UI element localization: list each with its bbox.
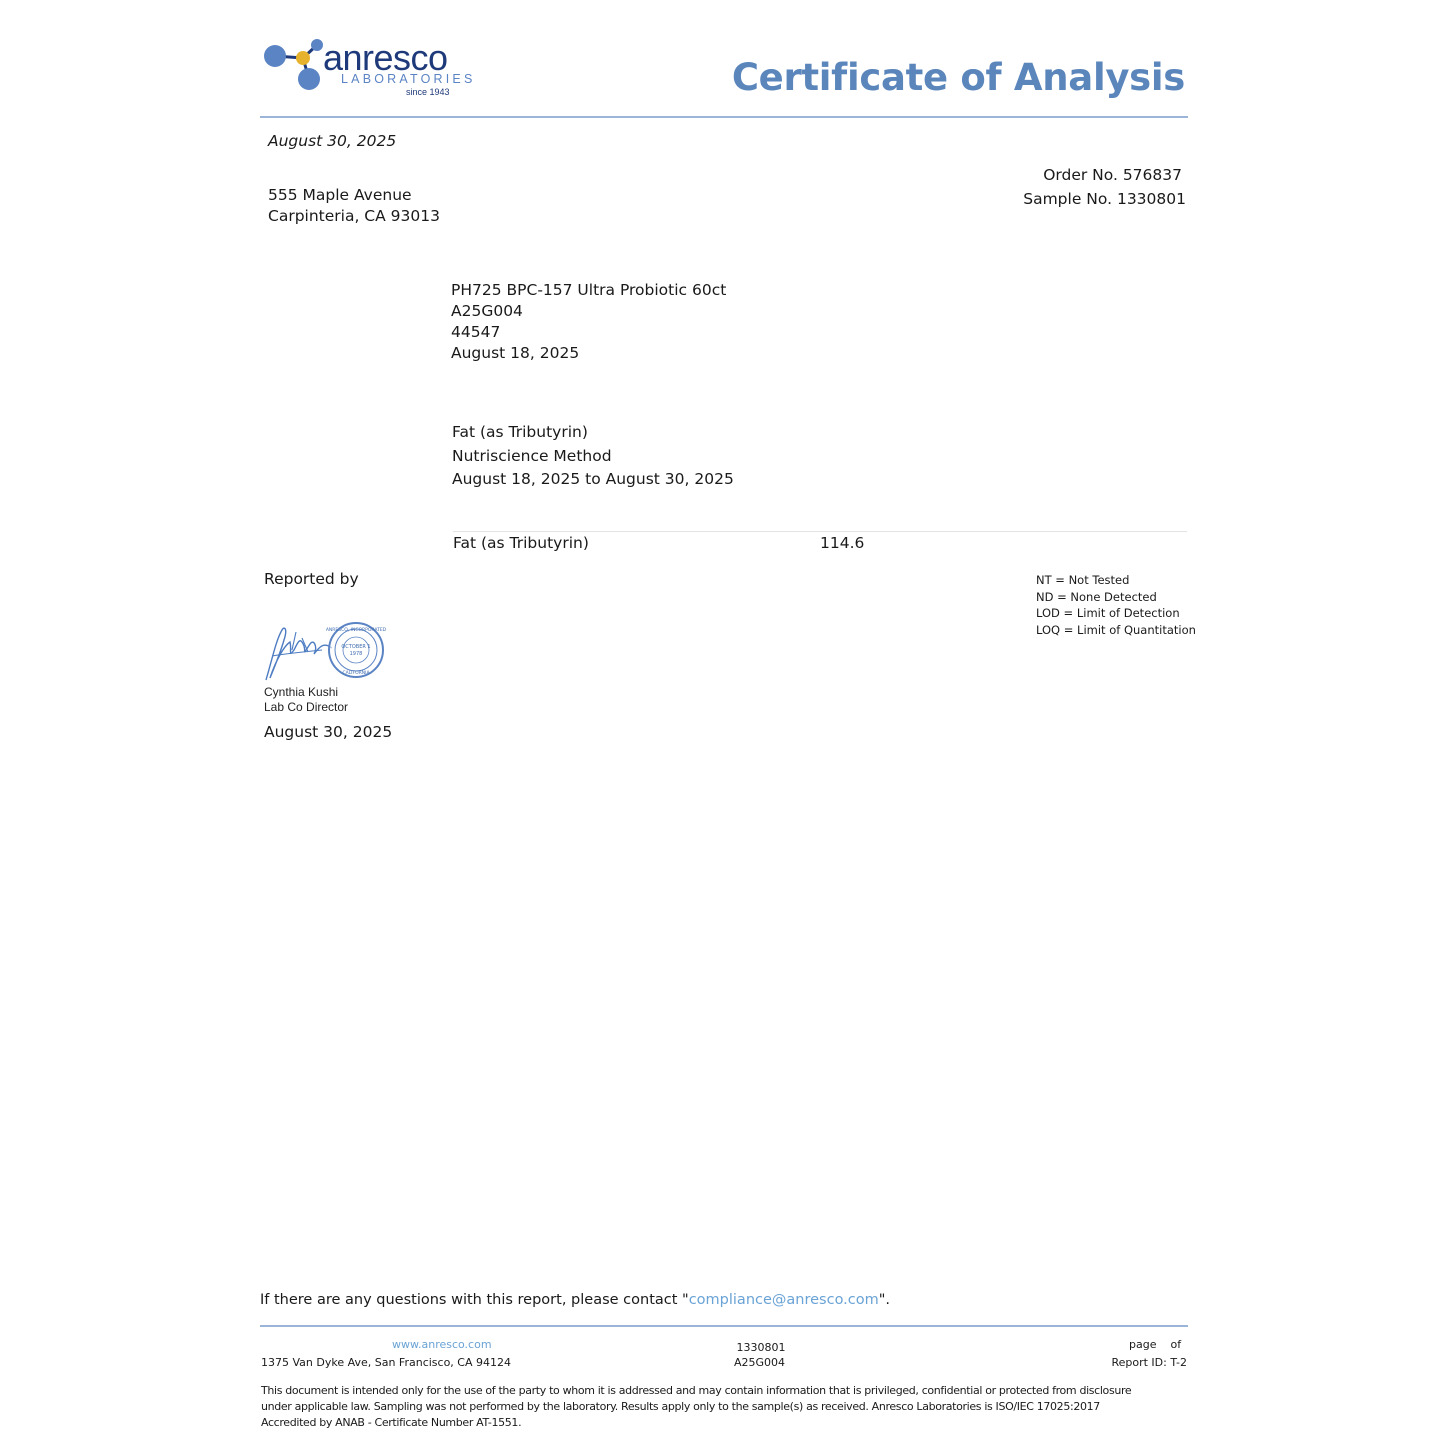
- analysis-date-range: August 18, 2025 to August 30, 2025: [452, 468, 734, 492]
- document-title: Certificate of Analysis: [732, 56, 1185, 99]
- sample-id: 44547: [451, 322, 726, 343]
- address-line-1: 555 Maple Avenue: [268, 185, 440, 206]
- contact-suffix: ".: [879, 1292, 890, 1308]
- sample-lot: A25G004: [451, 301, 726, 322]
- footer-sample-number: 1330801: [736, 1340, 786, 1356]
- order-info: Order No. 576837 Sample No. 1330801: [1023, 165, 1186, 210]
- contact-line: If there are any questions with this rep…: [260, 1290, 890, 1311]
- result-analyte: Fat (as Tributyrin): [453, 533, 589, 554]
- results-divider: [453, 531, 1187, 532]
- disclaimer-line: Accredited by ANAB - Certificate Number …: [261, 1415, 1131, 1431]
- svg-text:CALIFORNIA: CALIFORNIA: [342, 670, 370, 676]
- disclaimer: This document is intended only for the u…: [261, 1383, 1131, 1431]
- svg-text:OCTOBER 1: OCTOBER 1: [341, 644, 370, 650]
- table-row: Fat (as Tributyrin) 114.6: [453, 533, 1187, 555]
- header-divider: [260, 116, 1188, 118]
- page-label: page: [1129, 1338, 1156, 1351]
- signature-with-seal-icon: OCTOBER 1 1978 ANRESCO, INCORPORATED CAL…: [262, 620, 387, 688]
- signatory: Cynthia Kushi Lab Co Director: [264, 685, 348, 715]
- results-table: Fat (as Tributyrin) 114.6: [453, 533, 1187, 555]
- analysis-method: Nutriscience Method: [452, 445, 734, 469]
- sample-product: PH725 BPC-157 Ultra Probiotic 60ct: [451, 280, 726, 301]
- report-id: Report ID: T-2: [1111, 1355, 1187, 1371]
- compliance-email-link[interactable]: compliance@anresco.com: [689, 1292, 879, 1308]
- contact-prefix: If there are any questions with this rep…: [260, 1292, 689, 1308]
- footer-lot: A25G004: [734, 1355, 784, 1371]
- analysis-analyte: Fat (as Tributyrin): [452, 421, 734, 445]
- disclaimer-line: under applicable law. Sampling was not p…: [261, 1399, 1131, 1415]
- result-value: 114.6: [820, 533, 864, 554]
- molecule-logo-icon: [262, 38, 324, 100]
- abbreviation-legend: NT = Not Tested ND = None Detected LOD =…: [1036, 572, 1196, 638]
- legend-item: ND = None Detected: [1036, 589, 1196, 606]
- sample-number: Sample No. 1330801: [1023, 189, 1186, 210]
- page-indicator: page of: [1129, 1337, 1181, 1353]
- logo-subtitle: LABORATORIES: [341, 72, 476, 86]
- report-date: August 30, 2025: [268, 131, 396, 152]
- footer-divider: [260, 1325, 1188, 1327]
- page-of-label: of: [1170, 1338, 1181, 1351]
- svg-text:1978: 1978: [350, 651, 363, 657]
- order-number: Order No. 576837: [1023, 165, 1186, 186]
- reported-by-label: Reported by: [264, 569, 359, 590]
- legend-item: LOQ = Limit of Quantitation: [1036, 622, 1196, 639]
- legend-item: LOD = Limit of Detection: [1036, 605, 1196, 622]
- logo-tagline: since 1943: [406, 87, 450, 97]
- company-logo: anresco LABORATORIES since 1943: [262, 38, 477, 100]
- website-link[interactable]: www.anresco.com: [392, 1337, 492, 1353]
- signature-date: August 30, 2025: [264, 722, 392, 743]
- signatory-role: Lab Co Director: [264, 700, 348, 715]
- analysis-info: Fat (as Tributyrin) Nutriscience Method …: [452, 421, 734, 492]
- signatory-name: Cynthia Kushi: [264, 685, 348, 700]
- address-line-2: Carpinteria, CA 93013: [268, 206, 440, 227]
- disclaimer-line: This document is intended only for the u…: [261, 1383, 1131, 1399]
- sample-received-date: August 18, 2025: [451, 343, 726, 364]
- sample-info: PH725 BPC-157 Ultra Probiotic 60ct A25G0…: [451, 280, 726, 364]
- client-address: 555 Maple Avenue Carpinteria, CA 93013: [268, 185, 440, 227]
- legend-item: NT = Not Tested: [1036, 572, 1196, 589]
- lab-address: 1375 Van Dyke Ave, San Francisco, CA 941…: [261, 1355, 511, 1371]
- svg-text:ANRESCO, INCORPORATED: ANRESCO, INCORPORATED: [326, 627, 387, 633]
- logo-wordmark: anresco: [323, 40, 448, 76]
